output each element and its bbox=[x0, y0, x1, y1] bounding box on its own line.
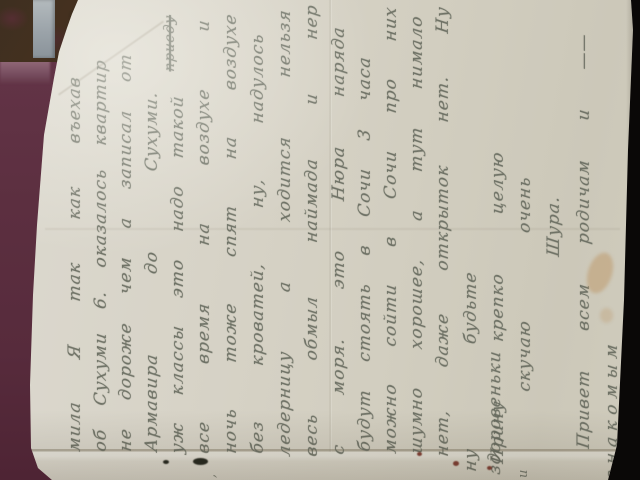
rust-spot bbox=[453, 461, 459, 466]
letter-line: можно сойти в Сочи про них bbox=[379, 5, 403, 455]
letter-line: знакомым bbox=[600, 298, 624, 480]
letter-line: об Сухуми 6. оказалось квартир bbox=[89, 58, 113, 453]
signature-line: Шура. bbox=[542, 197, 566, 258]
crossed-out-word: приеду bbox=[158, 24, 182, 73]
letter-line: нет, даже открыток нет. Ну bbox=[431, 5, 455, 458]
letter-line: без кроватей, ну, надулось bbox=[246, 32, 270, 455]
blue-gray-object bbox=[33, 0, 55, 58]
letter-line: Привет всем родичам и —— bbox=[572, 32, 596, 450]
letter-line: весь обмыл наймада и нер bbox=[300, 3, 324, 458]
fold-fragment: , bbox=[204, 474, 219, 478]
letter-line: не дороже чем а записал от bbox=[114, 52, 138, 453]
letter-line: мила Я так как въехав bbox=[63, 75, 87, 453]
photo-of-handwritten-letter: мила Я так как въехав об Сухуми 6. оказа… bbox=[0, 0, 640, 480]
letter-line: ночь тоже спят на воздухе bbox=[219, 12, 243, 455]
letter-line: Армавира до Сухуми. bbox=[140, 90, 164, 453]
tan-stain bbox=[600, 308, 613, 323]
rust-spot bbox=[417, 452, 422, 456]
ink-blot bbox=[163, 460, 169, 464]
letter-line: будут стоять в Сочи 3 часа bbox=[353, 55, 377, 453]
letter-paper: мила Я так как въехав об Сухуми 6. оказа… bbox=[0, 0, 640, 480]
letter-line: ледерницу а ходится нельзя bbox=[273, 8, 297, 458]
letter-line: Ирину крепко целую bbox=[486, 150, 510, 465]
fold-fragment: и bbox=[516, 470, 531, 478]
rust-spot bbox=[487, 466, 492, 470]
letter-line: с моря. это Нюра наряда bbox=[327, 25, 351, 456]
letter-line: уж классы это надо такой bbox=[166, 94, 190, 455]
letter-line: шумно хорошее, а тут нимало bbox=[405, 14, 429, 455]
ink-blot bbox=[193, 458, 208, 465]
letter-line: все время на воздухе и bbox=[192, 18, 216, 455]
letter-line: скучаю очень bbox=[513, 175, 537, 393]
